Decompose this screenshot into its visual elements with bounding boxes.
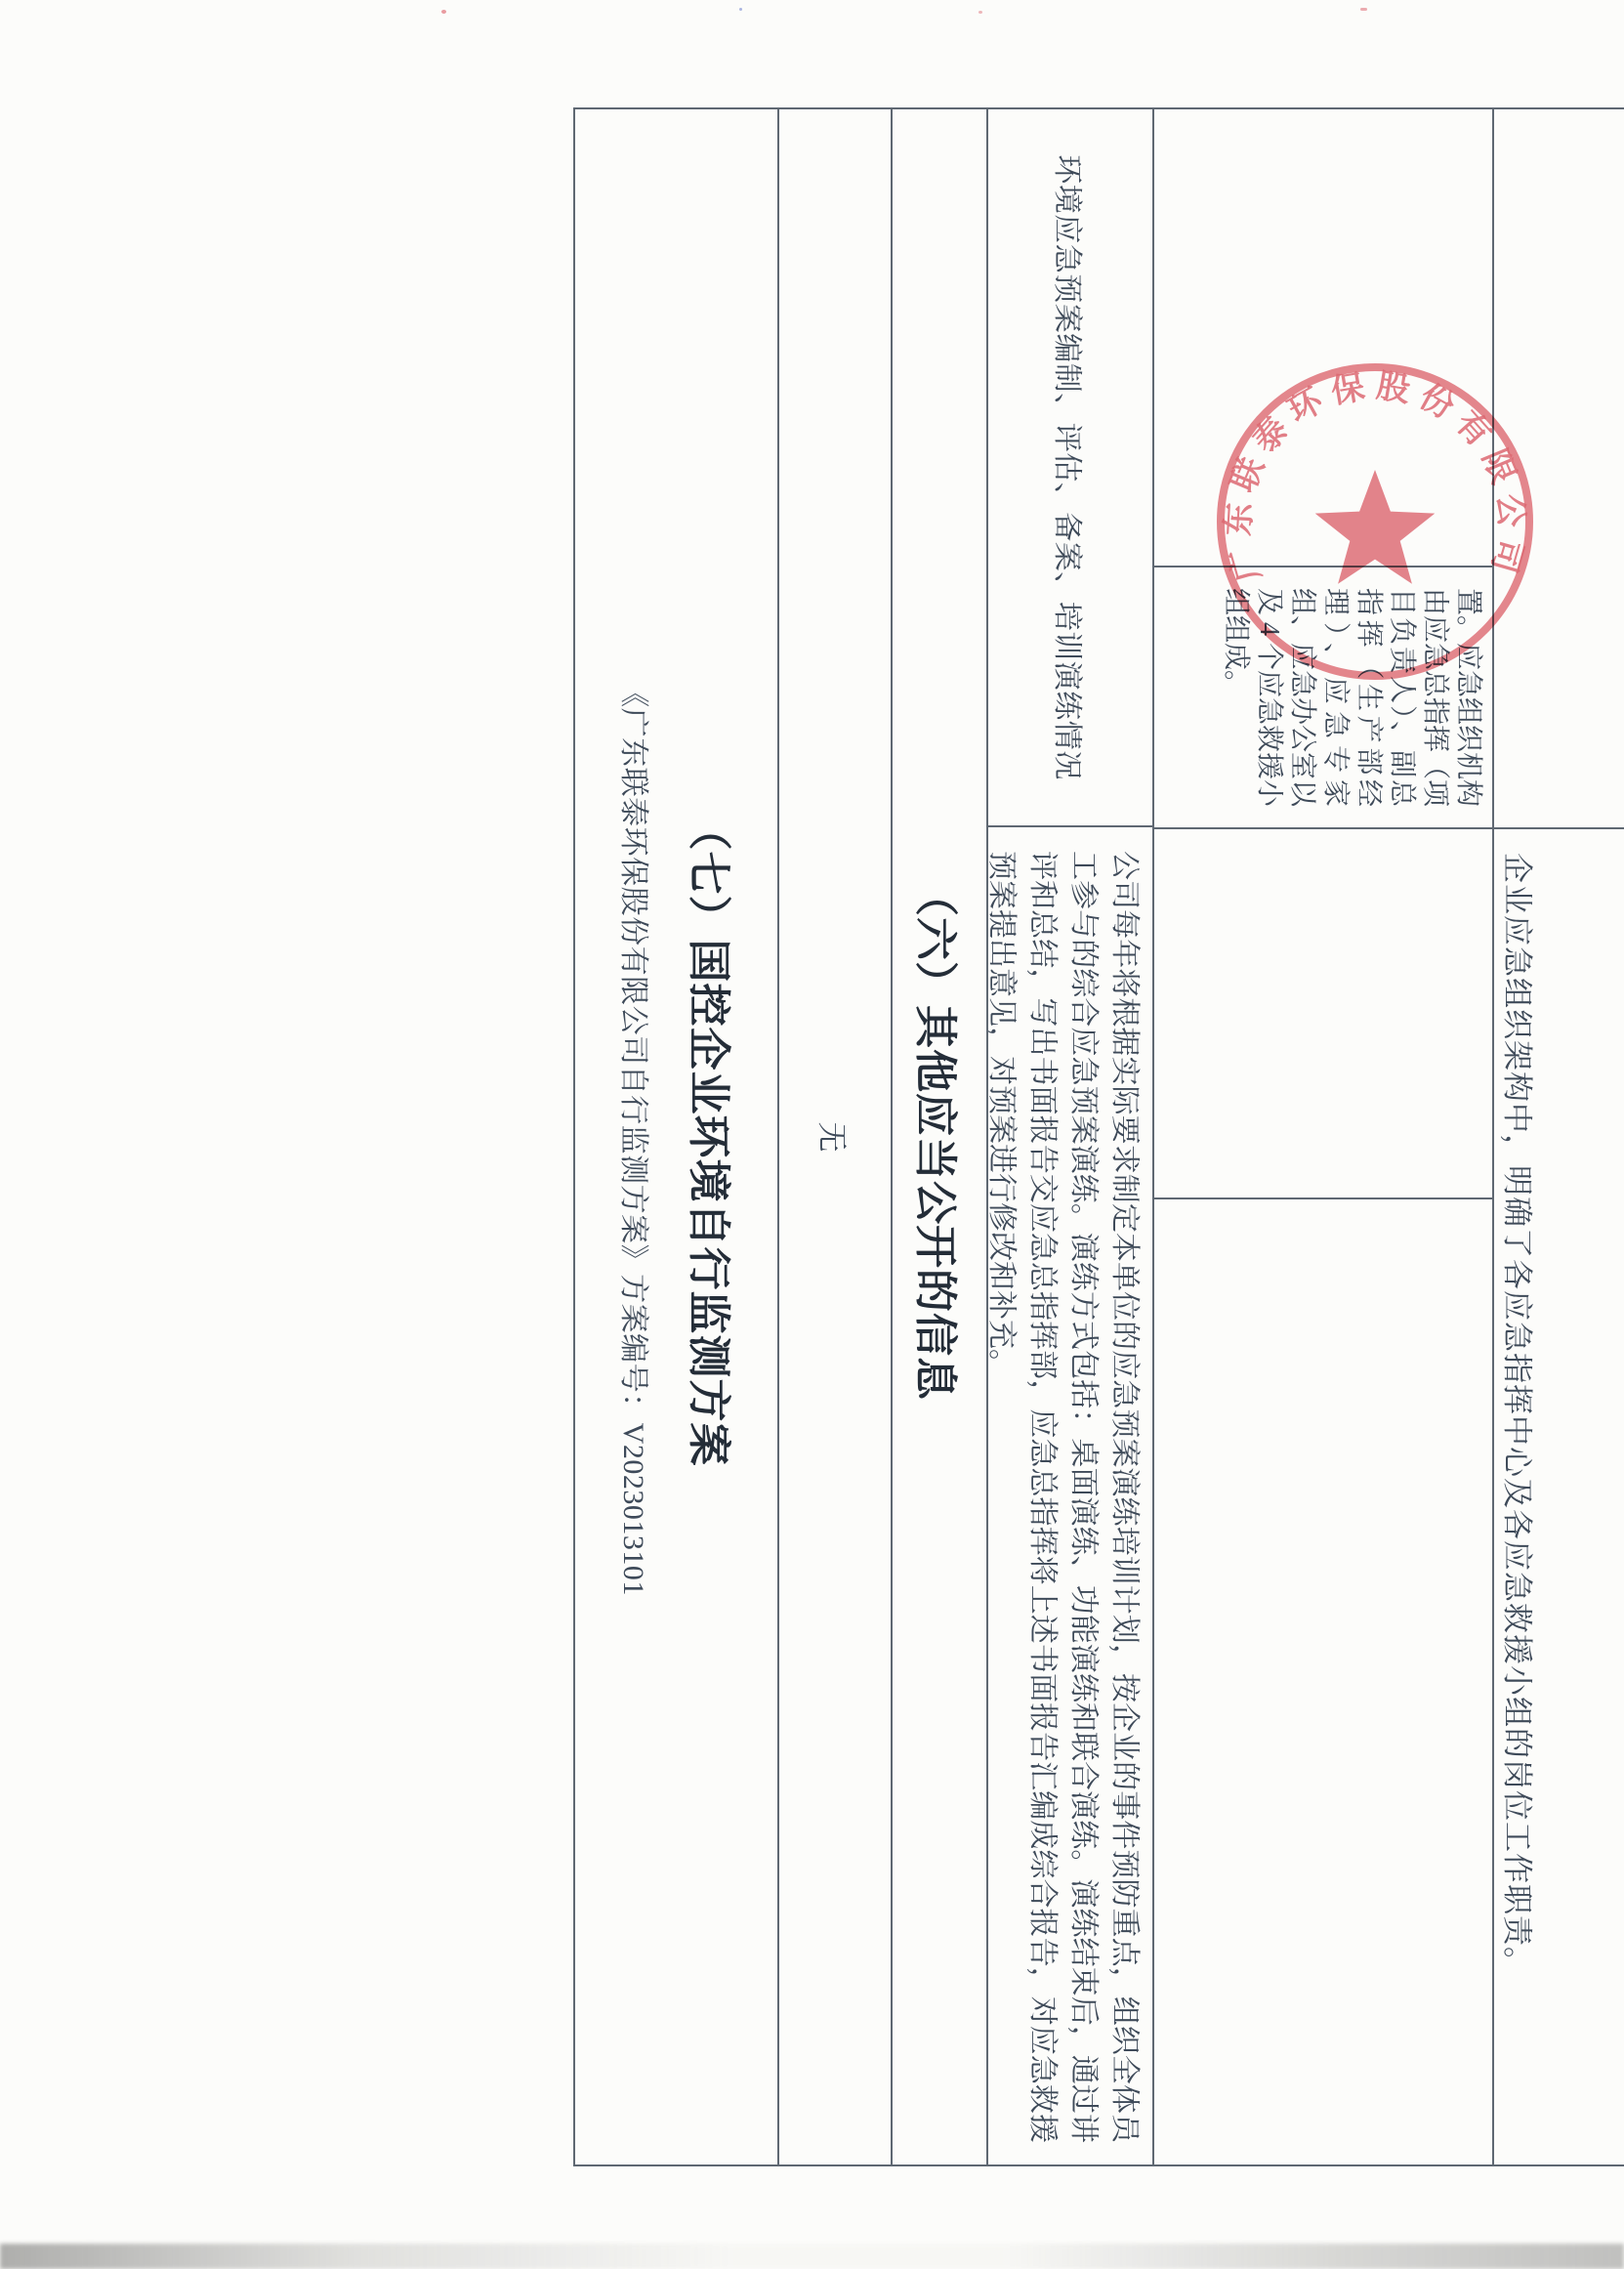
monitoring-plan-reference: 《广东联泰环保股份有限公司自行监测方案》方案编号：V2023013101 — [616, 678, 659, 1596]
none-value: 无 — [813, 1122, 857, 1153]
section-7-header: （七）国控企业环境自行监测方案 — [683, 808, 745, 1467]
row-label-cell: 环境应急预案编制、评估、备案、培训演练情况 — [988, 109, 1152, 825]
empty-cell — [1154, 827, 1492, 1198]
scan-speck — [739, 8, 742, 11]
company-seal-stamp: 广东联泰环保股份有限公司 — [1204, 351, 1546, 693]
org-chart-duty-cell: 企业应急组织架构中，明确了各应急指挥中心及各应急救援小组的岗位工作职责。 — [1494, 827, 1624, 2164]
seal-star-icon — [1315, 470, 1436, 584]
table-row-section-7: （七）国控企业环境自行监测方案 《广东联泰环保股份有限公司自行监测方案》方案编号… — [583, 109, 779, 2164]
scan-speck — [1360, 8, 1367, 11]
scan-speck — [979, 11, 982, 14]
rotated-table-layer: 企业应急组织架构中，明确了各应急指挥中心及各应急救援小组的岗位工作职责。 置。应… — [0, 0, 1624, 2269]
table-row-section-6: （六）其他应当公开的信息 — [893, 109, 988, 2164]
section-6-header: （六）其他应当公开的信息 — [908, 873, 971, 1401]
org-chart-duty-text: 企业应急组织架构中，明确了各应急指挥中心及各应急救援小组的岗位工作职责。 — [1498, 853, 1542, 1978]
training-content-text: 公司每年将根据实际要求制定本单位的应急预案演练培训计划，按企业的事件预防重点，组… — [980, 827, 1152, 2164]
table-row-training-drills: 环境应急预案编制、评估、备案、培训演练情况 公司每年将根据实际要求制定本单位的应… — [988, 109, 1154, 2164]
scanner-edge-shadow — [0, 2244, 1624, 2269]
scanned-page: 企业应急组织架构中，明确了各应急指挥中心及各应急救援小组的岗位工作职责。 置。应… — [0, 0, 1624, 2269]
training-content-cell: 公司每年将根据实际要求制定本单位的应急预案演练培训计划，按企业的事件预防重点，组… — [988, 825, 1152, 2164]
row-label: 环境应急预案编制、评估、备案、培训演练情况 — [1049, 121, 1092, 814]
empty-cell — [1154, 1198, 1492, 2164]
table-row-none-value: 无 — [779, 109, 893, 2164]
scan-speck — [441, 10, 446, 14]
